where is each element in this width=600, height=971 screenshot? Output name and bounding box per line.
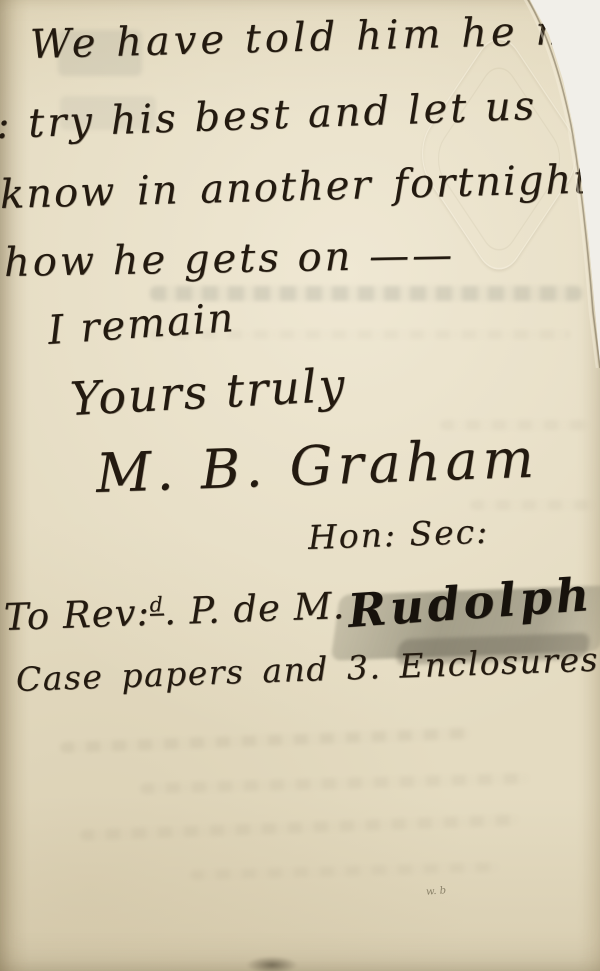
addressee-superscript: d — [149, 592, 164, 616]
showthrough-writing — [190, 862, 500, 880]
showthrough-writing — [140, 773, 530, 794]
addressee-prefix: To Rev: — [3, 591, 150, 639]
showthrough-writing — [470, 500, 595, 510]
closing-remain: I remain — [46, 295, 236, 354]
closing-valediction: Yours truly — [69, 358, 348, 426]
pencil-mark: w. b — [426, 885, 447, 897]
enclosures-note: Case papers and 3. Enclosures. — [15, 639, 600, 699]
showthrough-writing — [60, 728, 470, 753]
signature: M. B. Graham — [95, 427, 540, 505]
addressee-line: To Rev:d. P. de M. — [3, 584, 346, 639]
addressee-rest: . P. de M. — [163, 584, 346, 633]
letter-page: We have told him he mu : try his best an… — [0, 0, 600, 971]
bottom-edge-stain — [246, 956, 298, 971]
signer-role: Hon: Sec: — [307, 512, 490, 557]
showthrough-writing — [80, 814, 520, 840]
photo-background: We have told him he mu : try his best an… — [0, 0, 600, 971]
body-line-4: how he gets on —— — [4, 232, 456, 286]
